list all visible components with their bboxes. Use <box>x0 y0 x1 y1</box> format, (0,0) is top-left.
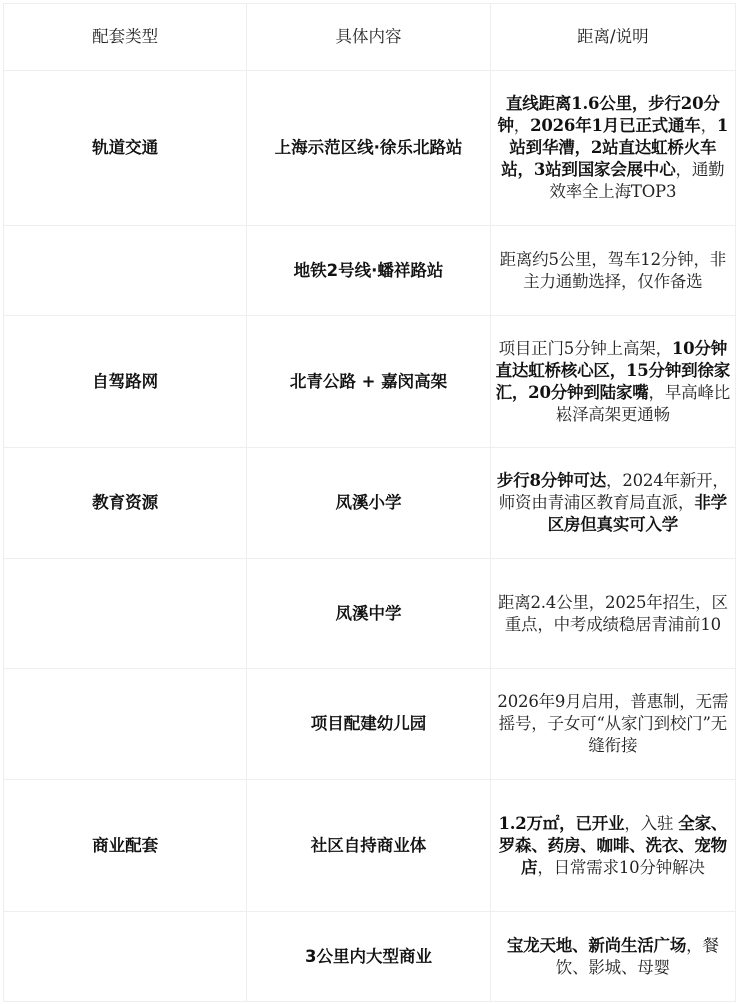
cell-description: 直线距离1.6公里，步行20分钟，2026年1月已正式通车，1站到华漕，2站直达… <box>490 71 735 226</box>
highlight-text: 2026年1月已正式通车 <box>530 116 701 135</box>
cell-item: 凤溪中学 <box>247 559 490 669</box>
cell-type: 轨道交通 <box>4 71 247 226</box>
table-row: 项目配建幼儿园2026年9月启用，普惠制，无需摇号，子女可“从家门到校门”无缝衔… <box>4 669 736 780</box>
cell-type: 教育资源 <box>4 448 247 559</box>
cell-type <box>4 912 247 1002</box>
cell-item: 地铁2号线·蟠祥路站 <box>247 226 490 316</box>
highlight-text: 步行8分钟可达 <box>497 471 606 490</box>
table-row: 教育资源凤溪小学步行8分钟可达，2024年新开，师资由青浦区教育局直派，非学区房… <box>4 448 736 559</box>
highlight-text: 宝龙天地、新尚生活广场 <box>507 936 686 955</box>
table-row: 商业配套社区自持商业体1.2万㎡，已开业，入驻 全家、罗森、药房、咖啡、洗衣、宠… <box>4 780 736 912</box>
cell-description: 步行8分钟可达，2024年新开，师资由青浦区教育局直派，非学区房但真实可入学 <box>490 448 735 559</box>
desc-text: ，入驻 <box>624 814 678 833</box>
table-row: 凤溪中学距离2.4公里，2025年招生，区重点，中考成绩稳居青浦前10 <box>4 559 736 669</box>
desc-text: 2026年9月启用，普惠制，无需摇号，子女可“从家门到校门”无缝衔接 <box>497 692 728 755</box>
cell-description: 项目正门5分钟上高架，10分钟直达虹桥核心区，15分钟到徐家汇，20分钟到陆家嘴… <box>490 316 735 448</box>
table-row: 地铁2号线·蟠祥路站距离约5公里，驾车12分钟，非主力通勤选择，仅作备选 <box>4 226 736 316</box>
cell-item: 上海示范区线·徐乐北路站 <box>247 71 490 226</box>
table-header-row: 配套类型 具体内容 距离/说明 <box>4 4 736 71</box>
cell-item: 项目配建幼儿园 <box>247 669 490 780</box>
table-row: 轨道交通上海示范区线·徐乐北路站直线距离1.6公里，步行20分钟，2026年1月… <box>4 71 736 226</box>
desc-text: 距离2.4公里，2025年招生，区重点，中考成绩稳居青浦前10 <box>498 593 728 634</box>
cell-description: 宝龙天地、新尚生活广场，餐饮、影城、母婴 <box>490 912 735 1002</box>
facility-table: 配套类型 具体内容 距离/说明 轨道交通上海示范区线·徐乐北路站直线距离1.6公… <box>3 3 736 1002</box>
cell-type <box>4 669 247 780</box>
cell-description: 2026年9月启用，普惠制，无需摇号，子女可“从家门到校门”无缝衔接 <box>490 669 735 780</box>
desc-text: ，日常需求10分钟解决 <box>537 858 704 877</box>
cell-type: 商业配套 <box>4 780 247 912</box>
header-type: 配套类型 <box>4 4 247 71</box>
table-row: 自驾路网北青公路 + 嘉闵高架项目正门5分钟上高架，10分钟直达虹桥核心区，15… <box>4 316 736 448</box>
table-row: 3公里内大型商业宝龙天地、新尚生活广场，餐饮、影城、母婴 <box>4 912 736 1002</box>
table-body: 轨道交通上海示范区线·徐乐北路站直线距离1.6公里，步行20分钟，2026年1月… <box>4 71 736 1002</box>
desc-text: 项目正门5分钟上高架， <box>499 339 672 358</box>
cell-type <box>4 559 247 669</box>
highlight-text: 1.2万㎡，已开业 <box>498 814 624 833</box>
cell-item: 凤溪小学 <box>247 448 490 559</box>
header-content: 具体内容 <box>247 4 490 71</box>
cell-item: 3公里内大型商业 <box>247 912 490 1002</box>
header-distance: 距离/说明 <box>490 4 735 71</box>
cell-description: 距离2.4公里，2025年招生，区重点，中考成绩稳居青浦前10 <box>490 559 735 669</box>
desc-text: ， <box>514 116 530 135</box>
cell-type: 自驾路网 <box>4 316 247 448</box>
cell-description: 1.2万㎡，已开业，入驻 全家、罗森、药房、咖啡、洗衣、宠物店，日常需求10分钟… <box>490 780 735 912</box>
cell-description: 距离约5公里，驾车12分钟，非主力通勤选择，仅作备选 <box>490 226 735 316</box>
cell-item: 北青公路 + 嘉闵高架 <box>247 316 490 448</box>
cell-type <box>4 226 247 316</box>
desc-text: ， <box>701 116 717 135</box>
desc-text: 距离约5公里，驾车12分钟，非主力通勤选择，仅作备选 <box>500 250 727 291</box>
cell-item: 社区自持商业体 <box>247 780 490 912</box>
